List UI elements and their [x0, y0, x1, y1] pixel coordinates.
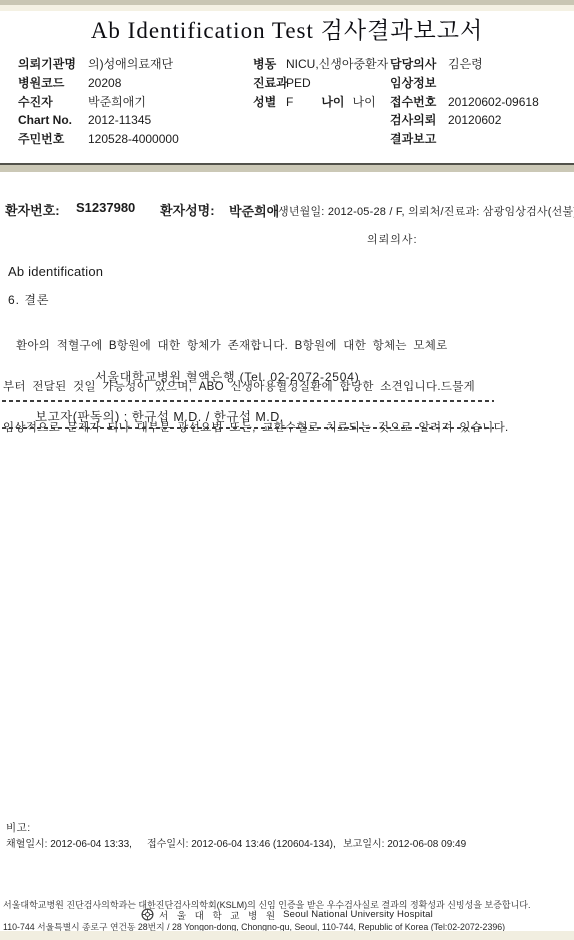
field-value: 20208: [88, 74, 121, 93]
field-sex-age: 성별 F 나이 나이: [253, 93, 388, 112]
bottom-color-bar: [0, 931, 574, 940]
field-label: 접수번호: [390, 93, 448, 112]
field-label: 진료과: [253, 74, 286, 93]
field-label: 주민번호: [18, 130, 88, 149]
patient-name: 박준희애: [229, 201, 279, 220]
field-value-age: 나이: [353, 93, 376, 112]
field-label: 검사의뢰: [390, 111, 448, 130]
field-value: 김은령: [448, 55, 483, 74]
field-value: 20120602: [448, 111, 501, 130]
field-label: 의뢰기관명: [18, 55, 88, 74]
field-label: 결과보고: [390, 130, 448, 149]
field-value: F: [286, 93, 293, 112]
header-middle-column: 병동 NICU,신생아중환자 진료과 PED 성별 F 나이 나이: [253, 55, 388, 111]
separator-band: [0, 165, 574, 172]
field-resident-no: 주민번호 120528-4000000: [18, 130, 179, 149]
field-label: 병원코드: [18, 74, 88, 93]
field-label: Chart No.: [18, 111, 88, 130]
field-value: 박준희애기: [88, 93, 146, 112]
conclusion-heading: 6. 결론: [8, 291, 50, 308]
field-receipt-no: 접수번호 20120602-09618: [390, 93, 539, 112]
test-name: Ab identification: [8, 264, 103, 279]
field-label: 수진자: [18, 93, 88, 112]
dashed-divider-top: [2, 400, 494, 402]
field-value: 20120602-09618: [448, 93, 539, 112]
hospital-name-english: Seoul National University Hospital: [283, 909, 433, 920]
field-label: 병동: [253, 55, 286, 74]
field-label-age: 나이: [321, 93, 344, 112]
top-cream-bar: [0, 5, 574, 11]
report-page: Ab Identification Test 검사결과보고서 의뢰기관명 의)성…: [0, 0, 574, 940]
blood-bank-line: 서울대학교병원 혈액은행 (Tel. 02-2072-2504): [95, 368, 360, 385]
field-requesting-org: 의뢰기관명 의)성애의료재단: [18, 55, 179, 74]
field-hospital-code: 병원코드 20208: [18, 74, 179, 93]
field-label: 담당의사: [390, 55, 448, 74]
remarks-label: 비고:: [6, 820, 31, 835]
patient-number: S1237980: [76, 200, 135, 215]
page-title: Ab Identification Test 검사결과보고서: [0, 12, 574, 45]
reporter-line: 보고자(판독의) : 한규섭 M.D. / 한규섭 M.D.: [35, 407, 284, 425]
field-value: NICU,신생아중환자: [286, 55, 388, 74]
field-value: 의)성애의료재단: [88, 55, 173, 74]
conclusion-text: 환아의 적혈구에 B항원에 대한 항체가 존재합니다. B항원에 대한 항체는 …: [3, 312, 573, 464]
collected-datetime: 채혈일시: 2012-06-04 13:33,: [6, 835, 132, 850]
field-examinee: 수진자 박준희애기: [18, 93, 179, 112]
field-result-reported: 결과보고: [390, 130, 539, 149]
patient-detail: 생년월일: 2012-05-28 / F, 의뢰처/진료과: 삼광임상검사(선불…: [278, 203, 574, 219]
conclusion-line: 환아의 적혈구에 B항원에 대한 항체가 존재합니다. B항원에 대한 항체는 …: [3, 340, 573, 354]
patient-number-label: 환자번호:: [5, 200, 60, 219]
dashed-divider-bottom: [2, 427, 494, 429]
header-left-column: 의뢰기관명 의)성애의료재단 병원코드 20208 수진자 박준희애기 Char…: [18, 55, 179, 149]
field-department: 진료과 PED: [253, 74, 388, 93]
field-label: 성별: [253, 93, 286, 112]
field-value: 120528-4000000: [88, 130, 179, 149]
field-clinical-info: 임상정보: [390, 74, 539, 93]
referring-doctor-label: 의뢰의사:: [367, 231, 418, 247]
field-test-requested: 검사의뢰 20120602: [390, 111, 539, 130]
received-datetime: 접수일시: 2012-06-04 13:46 (120604-134),: [147, 835, 336, 850]
field-value: PED: [286, 74, 311, 93]
patient-name-label: 환자성명:: [160, 200, 215, 219]
field-ward: 병동 NICU,신생아중환자: [253, 55, 388, 74]
header-right-column: 담당의사 김은령 임상정보 접수번호 20120602-09618 검사의뢰 2…: [390, 55, 539, 149]
field-label: 임상정보: [390, 74, 448, 93]
field-value: 2012-11345: [88, 111, 151, 130]
reported-datetime: 보고일시: 2012-06-08 09:49: [343, 835, 466, 850]
field-chart-no: Chart No. 2012-11345: [18, 111, 179, 130]
field-attending-doctor: 담당의사 김은령: [390, 55, 539, 74]
